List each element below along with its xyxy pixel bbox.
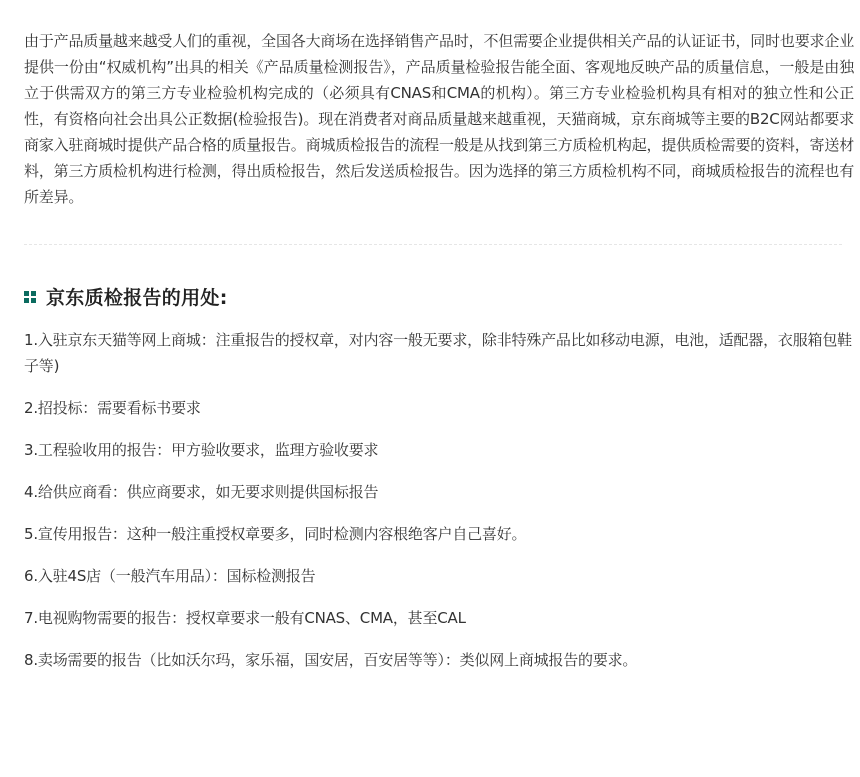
list-item: 4.给供应商看：供应商要求，如无要求则提供国标报告 <box>24 479 854 505</box>
list-item: 7.电视购物需要的报告：授权章要求一般有CNAS、CMA，甚至CAL <box>24 605 854 631</box>
section-heading: 京东质检报告的用处: <box>24 283 854 309</box>
list-item: 5.宣传用报告：这种一般注重授权章要多，同时检测内容根绝客户自己喜好。 <box>24 521 854 547</box>
grid-four-squares-icon <box>24 291 36 303</box>
dashed-divider <box>24 244 842 245</box>
article: 由于产品质量越来越受人们的重视，全国各大商场在选择销售产品时，不但需要企业提供相… <box>0 0 854 673</box>
list-item: 8.卖场需要的报告（比如沃尔玛，家乐福，国安居，百安居等等）：类似网上商城报告的… <box>24 647 854 673</box>
list-item: 2.招投标：需要看标书要求 <box>24 395 854 421</box>
list-item: 6.入驻4S店（一般汽车用品）：国标检测报告 <box>24 563 854 589</box>
list-item: 3.工程验收用的报告：甲方验收要求，监理方验收要求 <box>24 437 854 463</box>
uses-list: 1.入驻京东天猫等网上商城：注重报告的授权章，对内容一般无要求，除非特殊产品比如… <box>24 327 854 673</box>
section-title: 京东质检报告的用处: <box>46 283 228 310</box>
list-item: 1.入驻京东天猫等网上商城：注重报告的授权章，对内容一般无要求，除非特殊产品比如… <box>24 327 854 379</box>
intro-paragraph: 由于产品质量越来越受人们的重视，全国各大商场在选择销售产品时，不但需要企业提供相… <box>24 28 854 210</box>
